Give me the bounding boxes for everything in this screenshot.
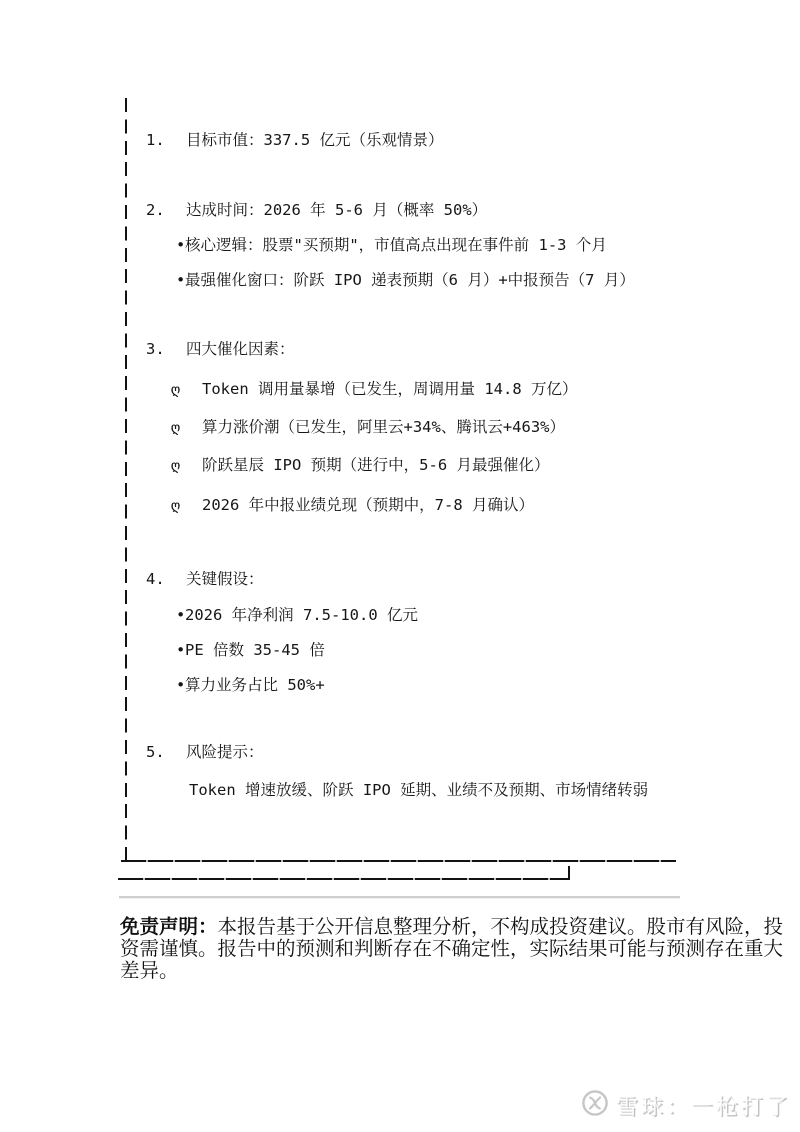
watermark-text: 雪球：一枪打了	[616, 1090, 791, 1121]
bullet-dot-icon: •	[176, 640, 185, 660]
list-item-core-logic: • 核心逻辑：股票"买预期"，市值高点出现在事件前 1-3 个月	[176, 235, 607, 255]
list-text: Token 调用量暴增（已发生，周调用量 14.8 万亿）	[202, 379, 577, 399]
list-text: 核心逻辑：股票"买预期"，市值高点出现在事件前 1-3 个月	[185, 235, 607, 255]
list-item-catalysts-heading: 3. 四大催化因素：	[146, 339, 295, 359]
table-left-border	[125, 98, 127, 862]
list-text: 关键假设：	[186, 569, 264, 589]
bullet-dot-icon: •	[176, 675, 185, 695]
risk-detail-text: Token 增速放缓、阶跃 IPO 延期、业绩不及预期、市场情绪转弱	[189, 780, 648, 800]
list-text: Token 增速放缓、阶跃 IPO 延期、业绩不及预期、市场情绪转弱	[189, 780, 648, 800]
disclaimer-line: 差异。	[120, 961, 688, 983]
table-corner-stub	[568, 866, 570, 880]
check-bullet-icon: ღ	[171, 379, 202, 399]
list-text: 算力业务占比 50%+	[185, 675, 325, 695]
list-marker: 5.	[146, 742, 186, 762]
list-item-pe-multiple: • PE 倍数 35-45 倍	[176, 640, 325, 660]
list-item-assumptions-heading: 4. 关键假设：	[146, 569, 264, 589]
list-text: PE 倍数 35-45 倍	[185, 640, 325, 660]
list-item-midyear-results: ღ 2026 年中报业绩兑现（预期中，7-8 月确认）	[171, 495, 534, 515]
disclaimer-label: 免责声明：	[120, 917, 218, 938]
list-item-catalyst-window: • 最强催化窗口：阶跃 IPO 递表预期（6 月）+中报预告（7 月）	[176, 270, 635, 290]
list-item-net-profit: • 2026 年净利润 7.5-10.0 亿元	[176, 605, 418, 625]
list-text: 阶跃星辰 IPO 预期（进行中，5-6 月最强催化）	[202, 455, 550, 475]
list-item-compute-share: • 算力业务占比 50%+	[176, 675, 325, 695]
list-marker: 3.	[146, 339, 186, 359]
bullet-dot-icon: •	[176, 235, 185, 255]
list-marker: 4.	[146, 569, 186, 589]
list-text: 四大催化因素：	[186, 339, 295, 359]
horizontal-rule	[119, 896, 680, 899]
list-text: 最强催化窗口：阶跃 IPO 递表预期（6 月）+中报预告（7 月）	[185, 270, 635, 290]
xueqiu-logo-icon	[581, 1089, 609, 1121]
list-text: 达成时间：2026 年 5-6 月（概率 50%）	[186, 200, 487, 220]
table-bottom-border-1	[121, 860, 676, 862]
list-item-risk-heading: 5. 风险提示：	[146, 742, 264, 762]
disclaimer: 免责声明：本报告基于公开信息整理分析，不构成投资建议。股市有风险，投 资需谨慎。…	[120, 917, 688, 983]
list-item-compute-price: ღ 算力涨价潮（已发生，阿里云+34%、腾讯云+463%）	[171, 417, 565, 437]
watermark: 雪球：一枪打了	[581, 1088, 791, 1122]
list-marker: 1.	[146, 130, 186, 150]
list-text: 目标市值：337.5 亿元（乐观情景）	[186, 130, 444, 150]
check-bullet-icon: ღ	[171, 417, 202, 437]
list-text: 算力涨价潮（已发生，阿里云+34%、腾讯云+463%）	[202, 417, 565, 437]
list-item-ipo-expectation: ღ 阶跃星辰 IPO 预期（进行中，5-6 月最强催化）	[171, 455, 550, 475]
list-item-target-cap: 1. 目标市值：337.5 亿元（乐观情景）	[146, 130, 444, 150]
list-text: 2026 年净利润 7.5-10.0 亿元	[185, 605, 418, 625]
list-item-token-surge: ღ Token 调用量暴增（已发生，周调用量 14.8 万亿）	[171, 379, 577, 399]
list-marker: 2.	[146, 200, 186, 220]
list-text: 风险提示：	[186, 742, 264, 762]
bullet-dot-icon: •	[176, 270, 185, 290]
disclaimer-line: 资需谨慎。报告中的预测和判断存在不确定性，实际结果可能与预测存在重大	[120, 939, 688, 961]
table-bottom-border-2	[118, 878, 570, 880]
bullet-dot-icon: •	[176, 605, 185, 625]
list-text: 2026 年中报业绩兑现（预期中，7-8 月确认）	[202, 495, 534, 515]
report-page: 1. 目标市值：337.5 亿元（乐观情景） 2. 达成时间：2026 年 5-…	[0, 0, 800, 1132]
disclaimer-line: 免责声明：本报告基于公开信息整理分析，不构成投资建议。股市有风险，投	[120, 917, 688, 939]
check-bullet-icon: ღ	[171, 455, 202, 475]
list-item-timing: 2. 达成时间：2026 年 5-6 月（概率 50%）	[146, 200, 487, 220]
check-bullet-icon: ღ	[171, 495, 202, 515]
